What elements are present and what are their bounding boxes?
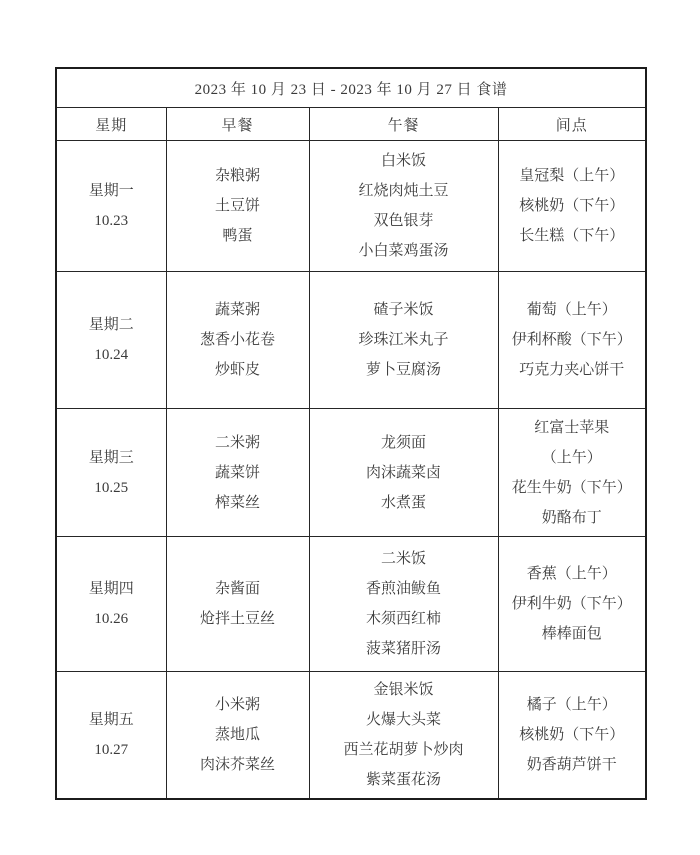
- menu-item: （上午）: [499, 443, 646, 473]
- table-row: 星期一10.23杂粮粥土豆饼鸭蛋白米饭红烧肉炖土豆双色银芽小白菜鸡蛋汤皇冠梨（上…: [56, 141, 646, 272]
- menu-item: 小白菜鸡蛋汤: [310, 236, 498, 266]
- menu-item: 肉沫芥菜丝: [167, 750, 309, 780]
- menu-item: 木须西红柿: [310, 604, 498, 634]
- menu-item: 二米饭: [310, 544, 498, 574]
- menu-item: 10.27: [57, 735, 166, 765]
- column-header-lunch: 午餐: [309, 108, 498, 141]
- menu-item: 蔬菜饼: [167, 458, 309, 488]
- menu-item: 蒸地瓜: [167, 720, 309, 750]
- column-header-breakfast: 早餐: [166, 108, 309, 141]
- breakfast-cell: 蔬菜粥葱香小花卷炒虾皮: [166, 272, 309, 409]
- table-row: 星期二10.24蔬菜粥葱香小花卷炒虾皮碴子米饭珍珠江米丸子萝卜豆腐汤葡萄（上午）…: [56, 272, 646, 409]
- menu-item: 香煎油鲅鱼: [310, 574, 498, 604]
- snack-cell: 红富士苹果（上午）花生牛奶（下午）奶酪布丁: [498, 409, 646, 537]
- breakfast-cell: 杂酱面炝拌土豆丝: [166, 537, 309, 672]
- menu-item: 长生糕（下午）: [499, 221, 646, 251]
- page: 2023 年 10 月 23 日 - 2023 年 10 月 27 日 食谱 星…: [0, 0, 700, 855]
- menu-item: 皇冠梨（上午）: [499, 161, 646, 191]
- menu-item: 棒棒面包: [499, 619, 646, 649]
- menu-item: 奶酪布丁: [499, 503, 646, 533]
- snack-cell: 橘子（上午）核桃奶（下午）奶香葫芦饼干: [498, 672, 646, 799]
- menu-item: 10.25: [57, 473, 166, 503]
- menu-item: 双色银芽: [310, 206, 498, 236]
- breakfast-cell: 二米粥蔬菜饼榨菜丝: [166, 409, 309, 537]
- menu-item: 西兰花胡萝卜炒肉: [310, 735, 498, 765]
- lunch-cell: 碴子米饭珍珠江米丸子萝卜豆腐汤: [309, 272, 498, 409]
- day-cell: 星期四10.26: [56, 537, 166, 672]
- day-cell: 星期二10.24: [56, 272, 166, 409]
- menu-item: 10.23: [57, 206, 166, 236]
- menu-item: 珍珠江米丸子: [310, 325, 498, 355]
- menu-item: 杂酱面: [167, 574, 309, 604]
- menu-item: 炒虾皮: [167, 355, 309, 385]
- breakfast-cell: 小米粥蒸地瓜肉沫芥菜丝: [166, 672, 309, 799]
- menu-item: 杂粮粥: [167, 161, 309, 191]
- table-head: 2023 年 10 月 23 日 - 2023 年 10 月 27 日 食谱 星…: [56, 68, 646, 141]
- snack-cell: 葡萄（上午）伊利杯酸（下午）巧克力夹心饼干: [498, 272, 646, 409]
- menu-item: 星期五: [57, 705, 166, 735]
- menu-item: 星期二: [57, 310, 166, 340]
- column-header-snack: 间点: [498, 108, 646, 141]
- menu-item: 二米粥: [167, 428, 309, 458]
- menu-item: 星期一: [57, 176, 166, 206]
- lunch-cell: 龙须面肉沫蔬菜卤水煮蛋: [309, 409, 498, 537]
- menu-item: 巧克力夹心饼干: [499, 355, 646, 385]
- menu-item: 碴子米饭: [310, 295, 498, 325]
- lunch-cell: 二米饭香煎油鲅鱼木须西红柿菠菜猪肝汤: [309, 537, 498, 672]
- menu-item: 葱香小花卷: [167, 325, 309, 355]
- menu-item: 星期四: [57, 574, 166, 604]
- table-row: 星期五10.27小米粥蒸地瓜肉沫芥菜丝金银米饭火爆大头菜西兰花胡萝卜炒肉紫菜蛋花…: [56, 672, 646, 799]
- menu-item: 金银米饭: [310, 675, 498, 705]
- menu-item: 小米粥: [167, 690, 309, 720]
- header-row: 星期 早餐 午餐 间点: [56, 108, 646, 141]
- menu-item: 红富士苹果: [499, 413, 646, 443]
- menu-item: 伊利杯酸（下午）: [499, 325, 646, 355]
- menu-item: 核桃奶（下午）: [499, 720, 646, 750]
- menu-item: 炝拌土豆丝: [167, 604, 309, 634]
- menu-item: 肉沫蔬菜卤: [310, 458, 498, 488]
- menu-item: 蔬菜粥: [167, 295, 309, 325]
- menu-item: 10.24: [57, 340, 166, 370]
- menu-item: 白米饭: [310, 146, 498, 176]
- menu-item: 榨菜丝: [167, 488, 309, 518]
- snack-cell: 香蕉（上午）伊利牛奶（下午）棒棒面包: [498, 537, 646, 672]
- menu-item: 葡萄（上午）: [499, 295, 646, 325]
- table-title: 2023 年 10 月 23 日 - 2023 年 10 月 27 日 食谱: [56, 68, 646, 108]
- menu-item: 紫菜蛋花汤: [310, 765, 498, 795]
- menu-item: 龙须面: [310, 428, 498, 458]
- menu-item: 红烧肉炖土豆: [310, 176, 498, 206]
- menu-item: 火爆大头菜: [310, 705, 498, 735]
- day-cell: 星期五10.27: [56, 672, 166, 799]
- menu-item: 花生牛奶（下午）: [499, 473, 646, 503]
- menu-item: 香蕉（上午）: [499, 559, 646, 589]
- lunch-cell: 金银米饭火爆大头菜西兰花胡萝卜炒肉紫菜蛋花汤: [309, 672, 498, 799]
- day-cell: 星期三10.25: [56, 409, 166, 537]
- menu-item: 菠菜猪肝汤: [310, 634, 498, 664]
- title-row: 2023 年 10 月 23 日 - 2023 年 10 月 27 日 食谱: [56, 68, 646, 108]
- table-body: 星期一10.23杂粮粥土豆饼鸭蛋白米饭红烧肉炖土豆双色银芽小白菜鸡蛋汤皇冠梨（上…: [56, 141, 646, 799]
- day-cell: 星期一10.23: [56, 141, 166, 272]
- column-header-weekday: 星期: [56, 108, 166, 141]
- menu-table: 2023 年 10 月 23 日 - 2023 年 10 月 27 日 食谱 星…: [55, 67, 647, 800]
- menu-item: 鸭蛋: [167, 221, 309, 251]
- breakfast-cell: 杂粮粥土豆饼鸭蛋: [166, 141, 309, 272]
- menu-item: 水煮蛋: [310, 488, 498, 518]
- table-row: 星期四10.26杂酱面炝拌土豆丝二米饭香煎油鲅鱼木须西红柿菠菜猪肝汤香蕉（上午）…: [56, 537, 646, 672]
- menu-item: 土豆饼: [167, 191, 309, 221]
- table-row: 星期三10.25二米粥蔬菜饼榨菜丝龙须面肉沫蔬菜卤水煮蛋红富士苹果（上午）花生牛…: [56, 409, 646, 537]
- menu-item: 伊利牛奶（下午）: [499, 589, 646, 619]
- lunch-cell: 白米饭红烧肉炖土豆双色银芽小白菜鸡蛋汤: [309, 141, 498, 272]
- menu-item: 奶香葫芦饼干: [499, 750, 646, 780]
- menu-item: 10.26: [57, 604, 166, 634]
- menu-item: 星期三: [57, 443, 166, 473]
- menu-item: 核桃奶（下午）: [499, 191, 646, 221]
- menu-item: 橘子（上午）: [499, 690, 646, 720]
- menu-item: 萝卜豆腐汤: [310, 355, 498, 385]
- snack-cell: 皇冠梨（上午）核桃奶（下午）长生糕（下午）: [498, 141, 646, 272]
